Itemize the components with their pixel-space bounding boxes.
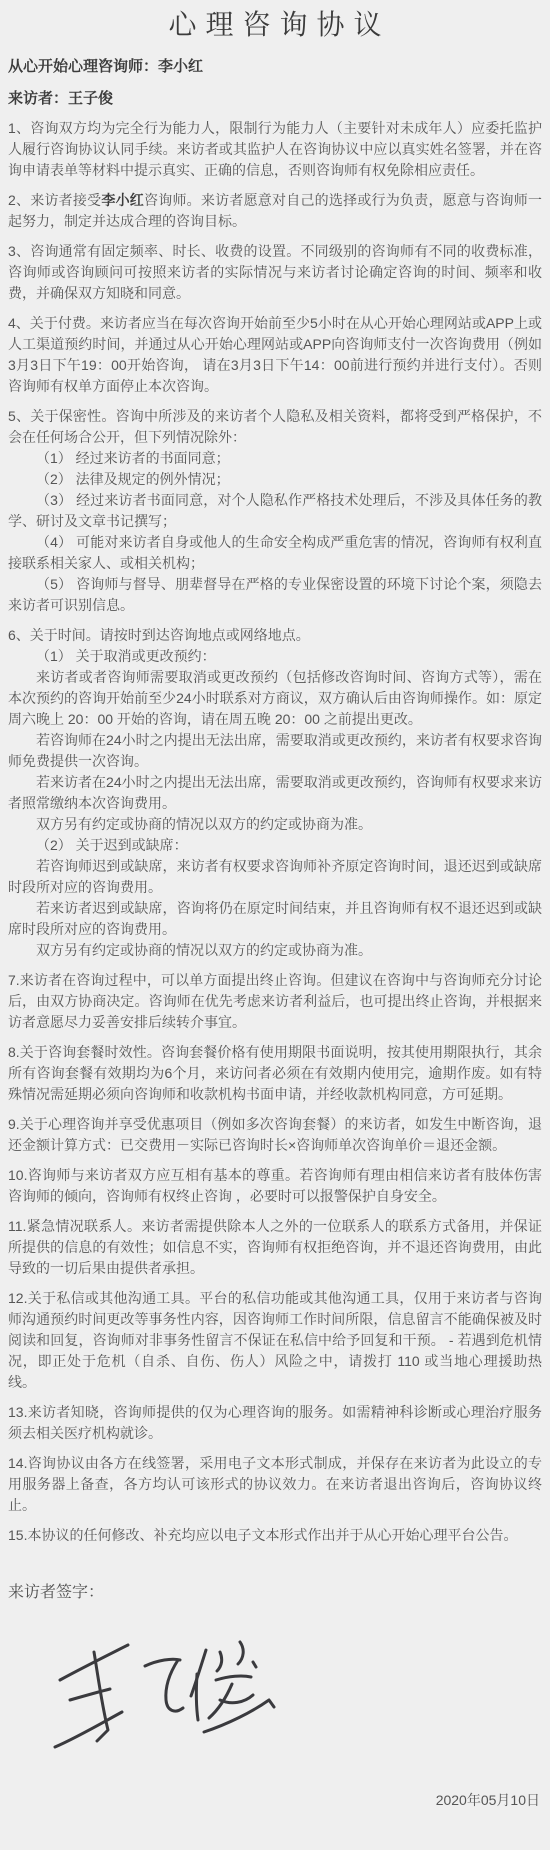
term-paragraph: 9.关于心理咨询并享受优惠项目（例如多次咨询套餐）的来访者，如发生中断咨询，退还…: [8, 1114, 542, 1156]
term-paragraph: 若来访者迟到或缺席，咨询将仍在原定时间结束，并且咨询师有权不退还迟到或缺席时段所…: [8, 898, 542, 940]
term-paragraph: 12.关于私信或其他沟通工具。平台的私信功能或其他沟通工具，仅用于来访者与咨询师…: [8, 1288, 542, 1393]
term-paragraph: （5） 咨询师与督导、朋辈督导在严格的专业保密设置的环境下讨论个案，须隐去来访者…: [8, 574, 542, 616]
visitor-name: 王子俊: [68, 90, 113, 107]
document-title: 心理咨询协议: [8, 8, 542, 42]
term-paragraph: 双方另有约定或协商的情况以双方的约定或协商为准。: [8, 940, 542, 961]
term-paragraph: （2） 法律及规定的例外情况；: [8, 469, 542, 490]
signature-date: 2020年05月10日: [8, 1790, 542, 1810]
term-paragraph: 10.咨询师与来访者双方应互相有基本的尊重。若咨询师有理由相信来访者有肢体伤害咨…: [8, 1165, 542, 1207]
signature-handwriting: [48, 1618, 278, 1756]
visitor-label: 来访者：: [8, 90, 68, 107]
term-paragraph: 双方另有约定或协商的情况以双方的约定或协商为准。: [8, 814, 542, 835]
terms-list: 1、咨询双方均为完全行为能力人，限制行为能力人（主要针对未成年人）应委托监护人履…: [8, 118, 542, 1546]
counselor-label: 从心开始心理咨询师：: [8, 58, 158, 75]
term-paragraph: （1） 经过来访者的书面同意；: [8, 448, 542, 469]
term-paragraph: （3） 经过来访者书面同意，对个人隐私作严格技术处理后，不涉及具体任务的教学、研…: [8, 490, 542, 532]
signature-label: 来访者签字：: [8, 1582, 542, 1604]
counselor-line: 从心开始心理咨询师：李小红: [8, 57, 542, 77]
term-paragraph: 14.咨询协议由各方在线签署，采用电子文本形式制成，并保存在来访者为此设立的专用…: [8, 1453, 542, 1516]
term-paragraph: 若来访者在24小时之内提出无法出席，需要取消或更改预约，咨询师有权要求来访者照常…: [8, 772, 542, 814]
signature-area: [48, 1618, 278, 1756]
term-paragraph: （2） 关于迟到或缺席：: [8, 835, 542, 856]
term-paragraph: （1） 关于取消或更改预约：: [8, 646, 542, 667]
agreement-document: 心理咨询协议 从心开始心理咨询师：李小红 来访者：王子俊 1、咨询双方均为完全行…: [0, 0, 550, 1850]
term-paragraph: 11.紧急情况联系人。来访者需提供除本人之外的一位联系人的联系方式备用，并保证所…: [8, 1216, 542, 1279]
term-paragraph: 5、关于保密性。咨询中所涉及的来访者个人隐私及相关资料，都将受到严格保护，不会在…: [8, 406, 542, 448]
term-paragraph: 8.关于咨询套餐时效性。咨询套餐价格有使用期限书面说明，按其使用期限执行，其余所…: [8, 1042, 542, 1105]
term-paragraph: 15.本协议的任何修改、补充均应以电子文本形式作出并于从心开始心理平台公告。: [8, 1525, 542, 1546]
counselor-name: 李小红: [158, 58, 203, 75]
term-paragraph: 若咨询师迟到或缺席，来访者有权要求咨询师补齐原定咨询时间，退还迟到或缺席时段所对…: [8, 856, 542, 898]
visitor-line: 来访者：王子俊: [8, 89, 542, 109]
term-paragraph: 7.来访者在咨询过程中，可以单方面提出终止咨询。但建议在咨询中与咨询师充分讨论后…: [8, 970, 542, 1033]
term-paragraph: 3、咨询通常有固定频率、时长、收费的设置。不同级别的咨询师有不同的收费标准，咨询…: [8, 241, 542, 304]
term-paragraph: 6、关于时间。请按时到达咨询地点或网络地点。: [8, 625, 542, 646]
term-paragraph: （4） 可能对来访者自身或他人的生命安全构成严重危害的情况，咨询师有权利直接联系…: [8, 532, 542, 574]
term-paragraph: 1、咨询双方均为完全行为能力人，限制行为能力人（主要针对未成年人）应委托监护人履…: [8, 118, 542, 181]
term-paragraph: 若咨询师在24小时之内提出无法出席，需要取消或更改预约，来访者有权要求咨询师免费…: [8, 730, 542, 772]
term-paragraph: 4、关于付费。来访者应当在每次咨询开始前至少5小时在从心开始心理网站或APP上或…: [8, 313, 542, 397]
term-paragraph: 2、来访者接受李小红咨询师。来访者愿意对自己的选择或行为负责，愿意与咨询师一起努…: [8, 190, 542, 232]
term-paragraph: 来访者或者咨询师需要取消或更改预约（包括修改咨询时间、咨询方式等），需在本次预约…: [8, 667, 542, 730]
term-paragraph: 13.来访者知晓，咨询师提供的仅为心理咨询的服务。如需精神科诊断或心理治疗服务须…: [8, 1402, 542, 1444]
